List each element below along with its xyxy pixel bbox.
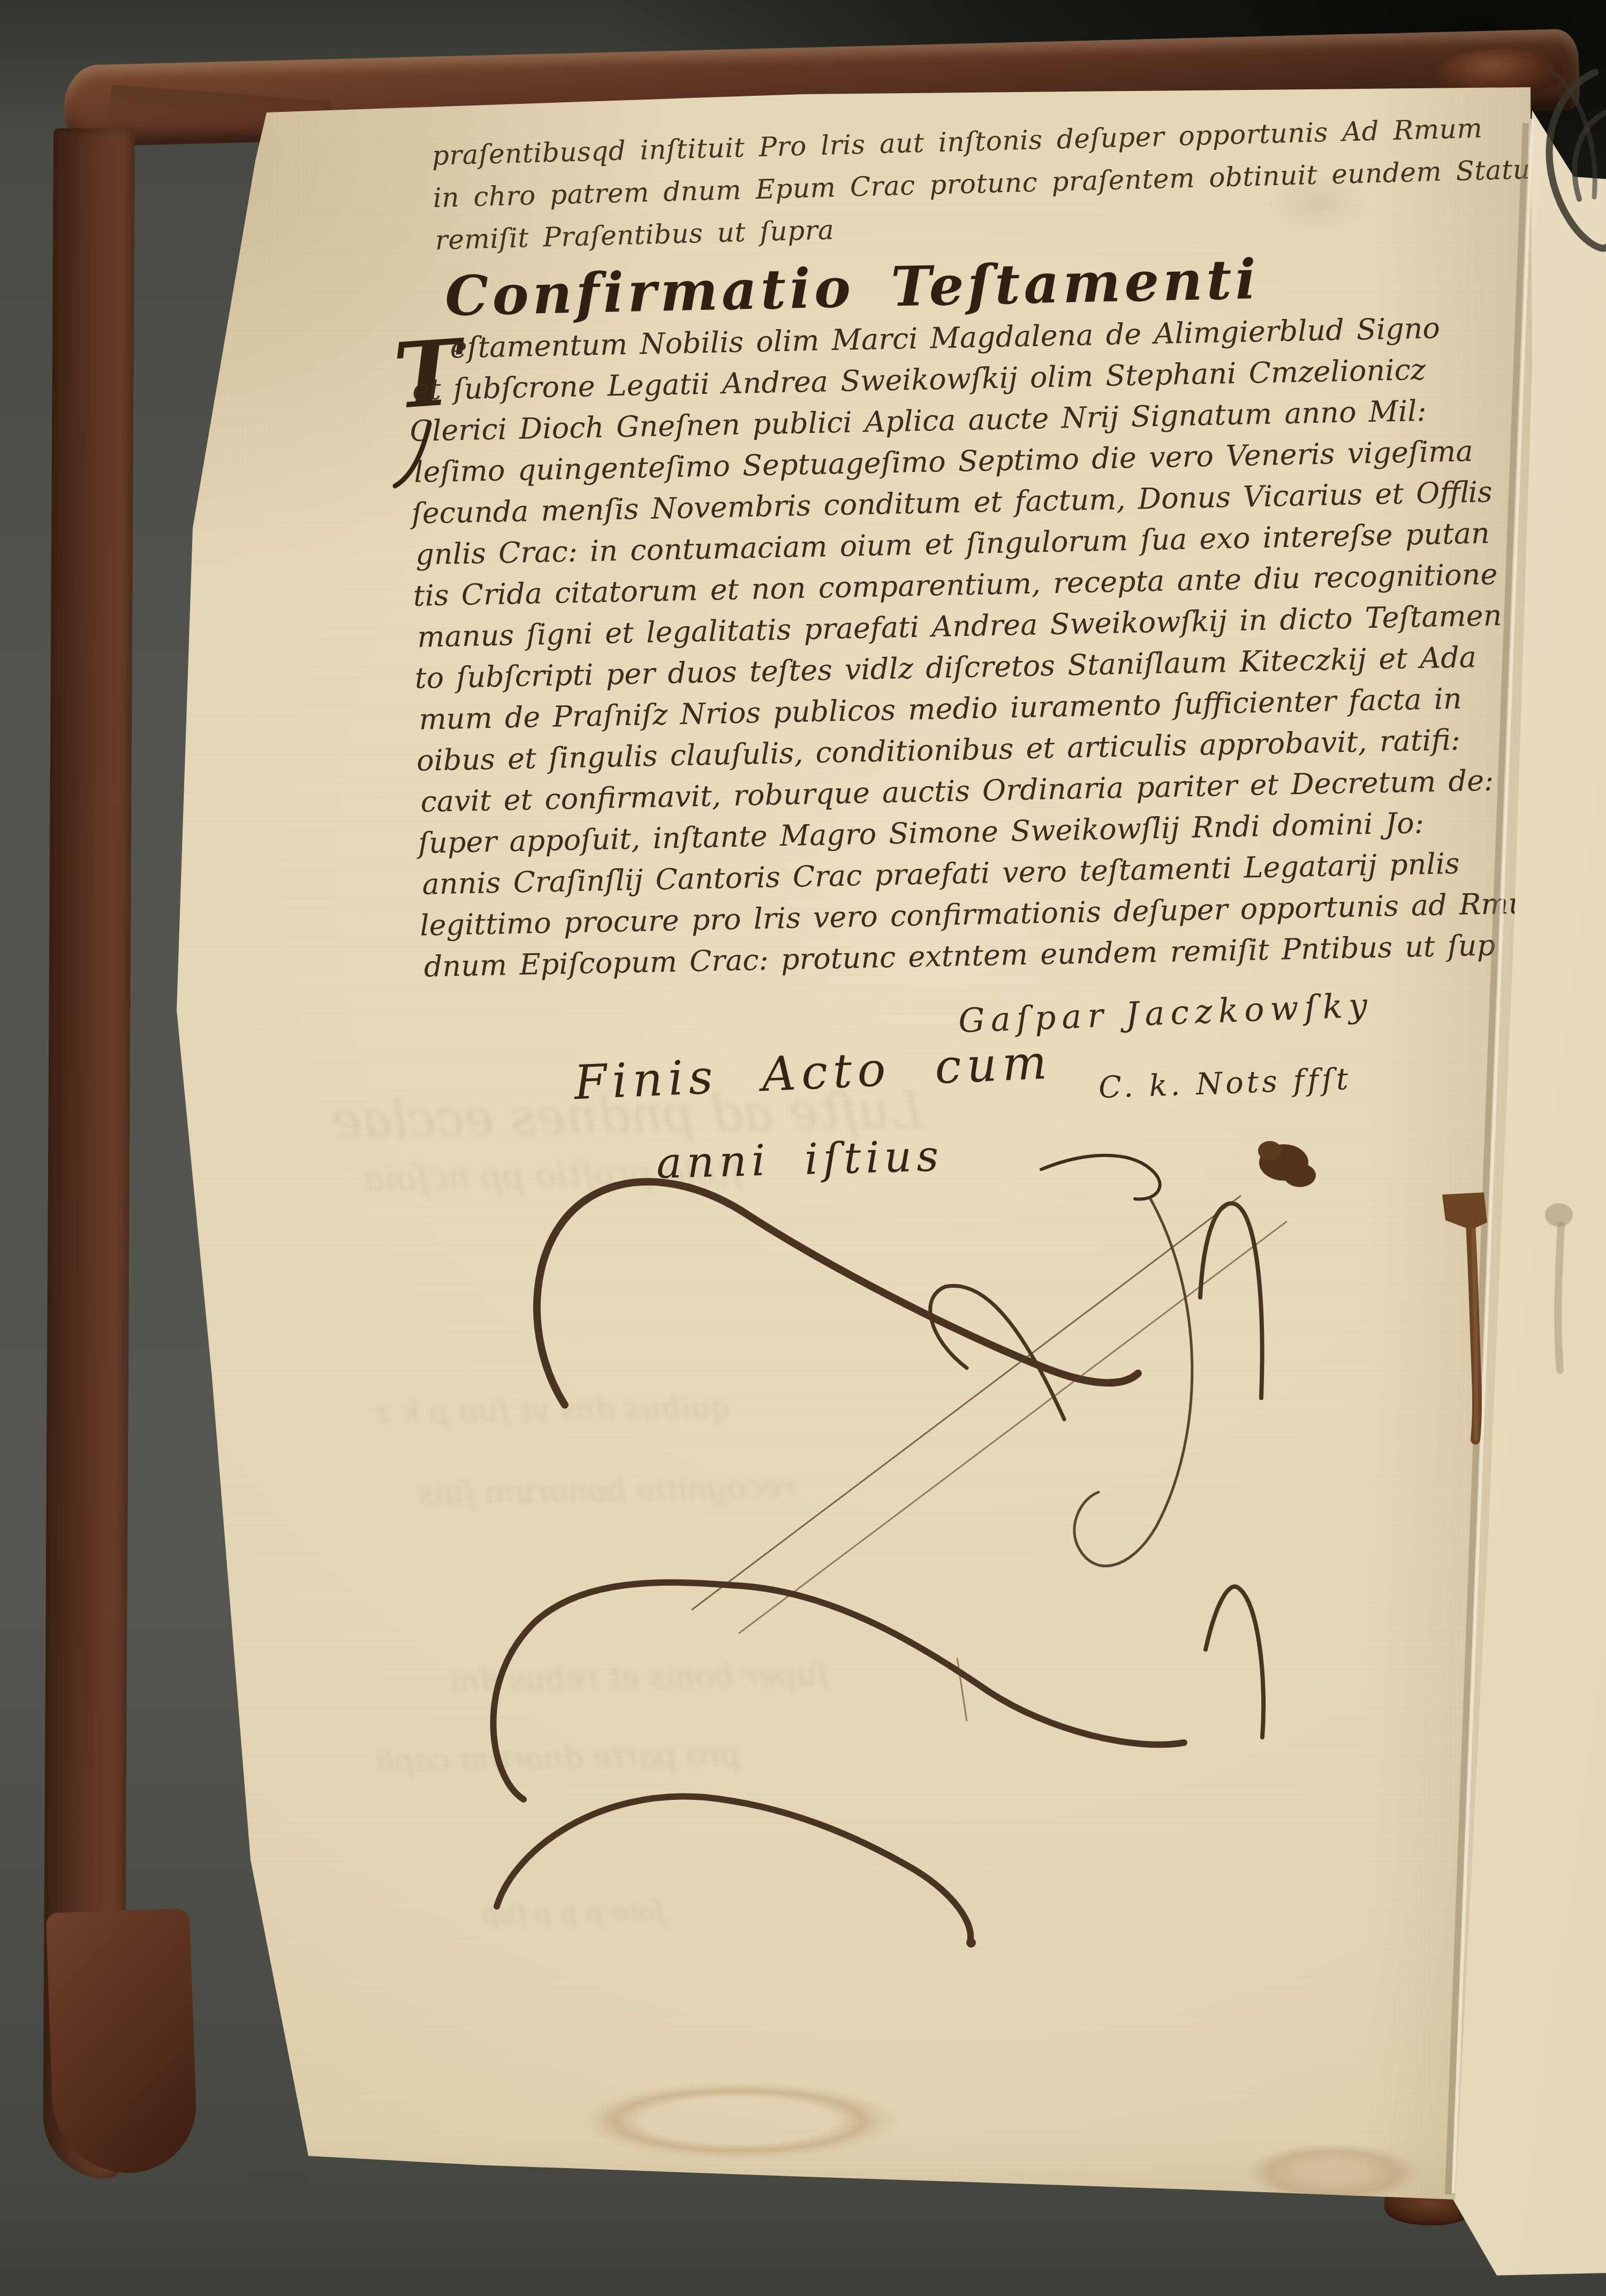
- book-photo: Luſte ad pndnes ecclaeſtolo proſtio pp n…: [0, 0, 1606, 2296]
- finis-line: Finis Acto cum: [573, 1035, 1053, 1111]
- closing-paragraph: praſentibusqd inſtituit Pro lris aut inſ…: [431, 111, 1558, 267]
- bleed-through-line: Joto p p p ſup: [482, 1896, 666, 1930]
- bleed-through-line: pro parte dnorum capli: [374, 1736, 740, 1779]
- bleed-through-line: quibus dns vt ſuo p k z: [374, 1388, 731, 1431]
- body-paragraph: eſtamentum Nobilis olim Marci Magdalena …: [408, 312, 1411, 991]
- notary-mark: C. k. Nots ffſt: [1098, 1062, 1352, 1105]
- water-stain: [557, 2077, 921, 2165]
- bleed-through-line: ſuper bonis et rebus dni: [449, 1656, 828, 1699]
- notary-signature: Gaſpar Jaczkowſky: [958, 985, 1374, 1040]
- water-stain: [1231, 2138, 1435, 2208]
- bleed-through-line: recognitio bonorum ſuis: [417, 1469, 797, 1511]
- finis-line: anni iſtius: [656, 1131, 944, 1188]
